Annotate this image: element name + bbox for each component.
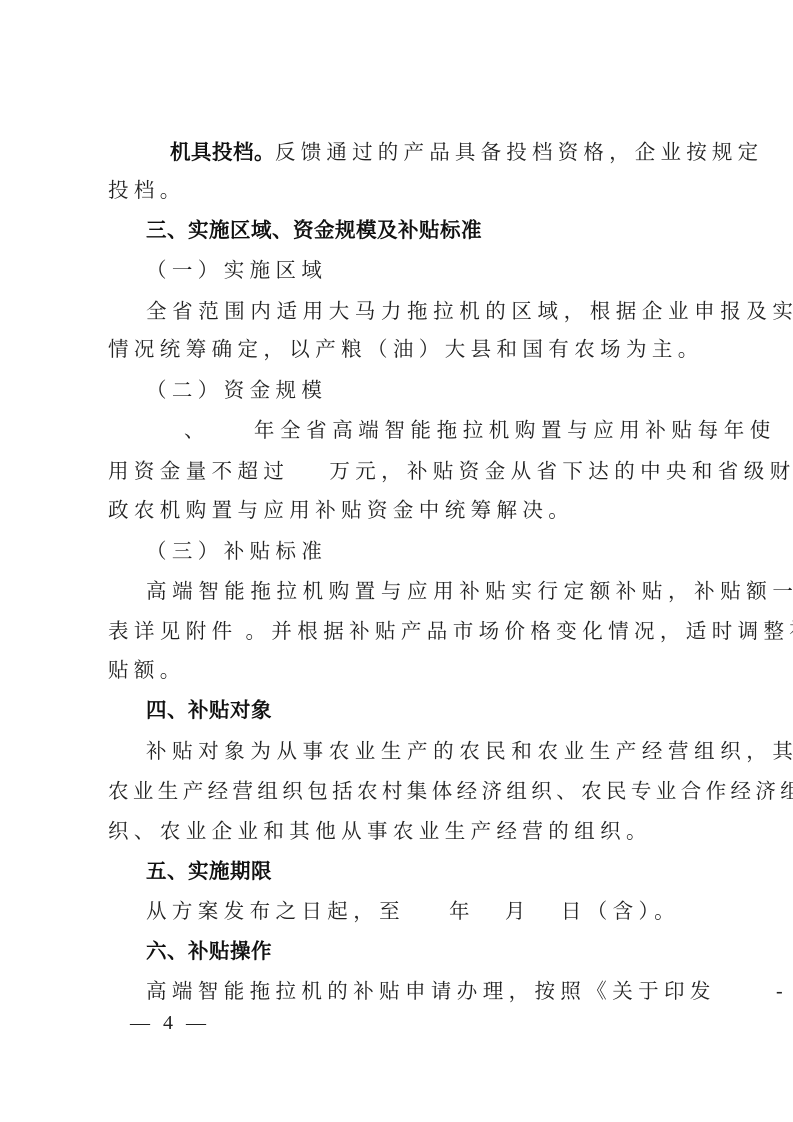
paragraph-line: 机具投档。反馈通过的产品具备投档资格，企业按规定 xyxy=(170,138,692,166)
paragraph-line: 情况统筹确定，以产粮（油）大县和国有农场为主。 xyxy=(108,335,692,363)
paragraph-line: 用资金量不超过万元，补贴资金从省下达的中央和省级财 xyxy=(108,457,692,485)
body-text: 表详见附件 xyxy=(108,619,238,643)
paragraph-line: 表详见附件。并根据补贴产品市场价格变化情况，适时调整补 xyxy=(108,617,692,645)
section-heading-4: 四、补贴对象 xyxy=(146,696,730,724)
body-text: 高端智能拖拉机的补贴申请办理，按照《关于印发 xyxy=(146,979,716,1003)
page-number: — 4 — xyxy=(130,1012,210,1035)
body-text: 用资金量不超过 xyxy=(108,459,289,483)
paragraph-line: 从方案发布之日起，至年月日（含）。 xyxy=(146,897,730,925)
paragraph-line: 政农机购置与应用补贴资金中统筹解决。 xyxy=(108,496,692,524)
bold-lead-text: 机具投档。 xyxy=(170,140,275,164)
body-text: 月 xyxy=(505,899,531,923)
paragraph-line: 织、农业企业和其他从事农业生产经营的组织。 xyxy=(108,817,692,845)
paragraph-line: 补贴对象为从事农业生产的农民和农业生产经营组织，其中 xyxy=(146,737,730,765)
body-text: 年全省高端智能拖拉机购置与应用补贴每年使 xyxy=(254,418,776,442)
body-text: 万元，补贴资金从省下达的中央和省级财 xyxy=(329,459,793,483)
paragraph-line: 高端智能拖拉机购置与应用补贴实行定额补贴，补贴额一览 xyxy=(146,577,730,605)
paragraph-line: 、年全省高端智能拖拉机购置与应用补贴每年使 xyxy=(184,416,768,444)
body-text: 、 xyxy=(184,418,210,442)
paragraph-line: 高端智能拖拉机的补贴申请办理，按照《关于印发- xyxy=(146,977,730,1005)
body-text: 日（含）。 xyxy=(561,899,680,923)
subsection-heading-3: （三）补贴标准 xyxy=(146,537,730,565)
section-heading-3: 三、实施区域、资金规模及补贴标准 xyxy=(146,216,730,244)
subsection-heading-1: （一）实施区域 xyxy=(146,256,730,284)
section-heading-6: 六、补贴操作 xyxy=(146,937,730,965)
body-text: 。并根据补贴产品市场价格变化情况，适时调整补 xyxy=(246,619,793,643)
body-text: 年 xyxy=(449,899,475,923)
paragraph-line: 投档。 xyxy=(108,176,692,204)
body-text: 从方案发布之日起，至 xyxy=(146,899,405,923)
subsection-heading-2: （二）资金规模 xyxy=(146,376,730,404)
body-text: 反馈通过的产品具备投档资格，企业按规定 xyxy=(275,140,763,164)
paragraph-line: 农业生产经营组织包括农村集体经济组织、农民专业合作经济组 xyxy=(108,777,692,805)
paragraph-line: 贴额。 xyxy=(108,656,692,684)
body-text: - xyxy=(776,979,788,1003)
section-heading-5: 五、实施期限 xyxy=(146,857,730,885)
paragraph-line: 全省范围内适用大马力拖拉机的区域，根据企业申报及实际 xyxy=(146,297,730,325)
